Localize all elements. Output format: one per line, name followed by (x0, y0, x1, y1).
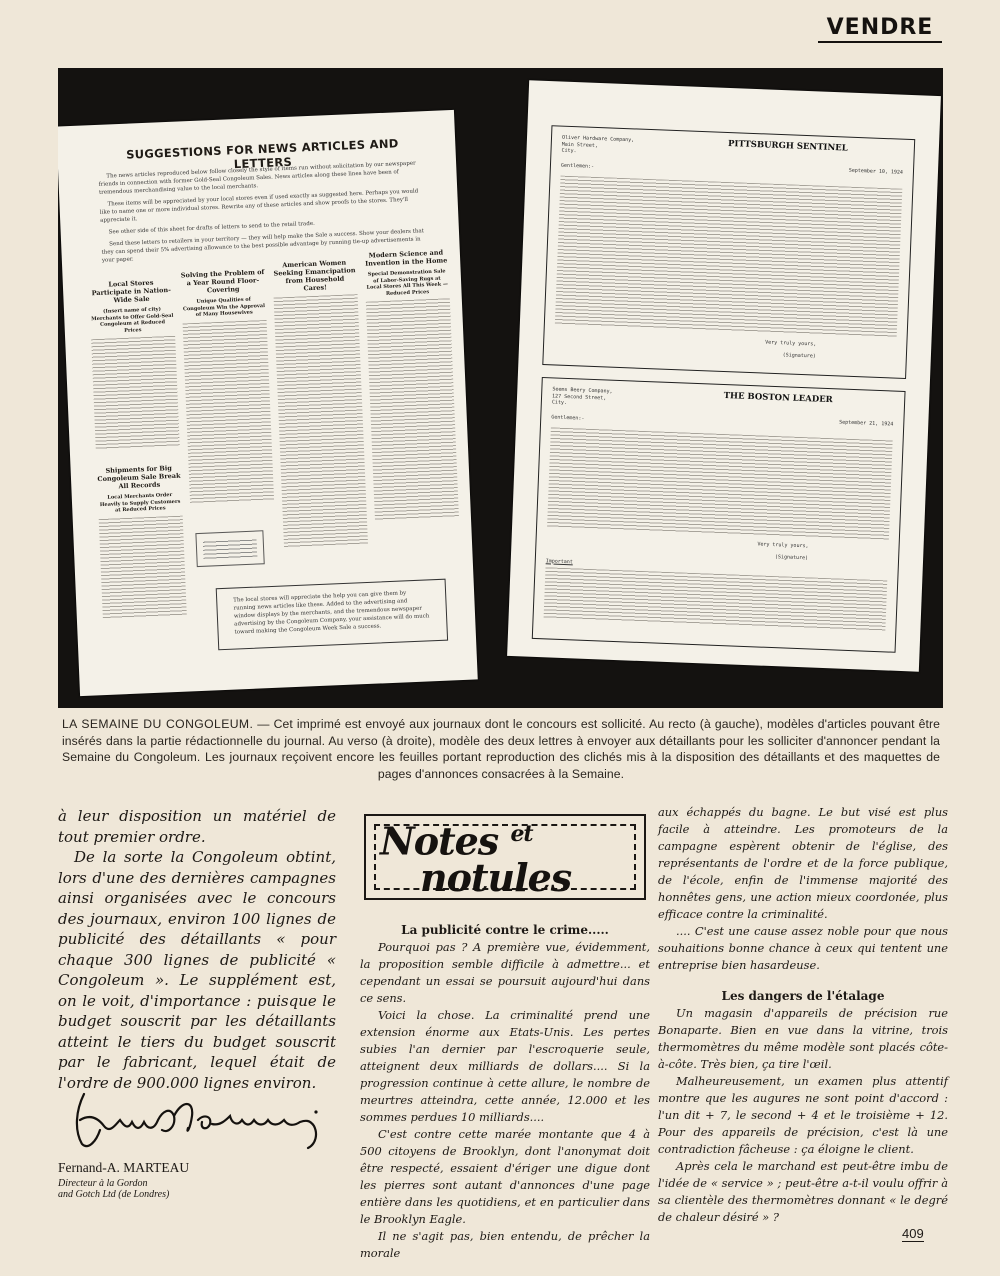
paragraph: aux échappés du bagne. Le but visé est p… (658, 804, 948, 923)
paragraph: .... C'est une cause assez noble pour qu… (658, 923, 948, 974)
article-headline: Solving the Problem of a Year Round Floo… (180, 268, 265, 295)
paragraph: à leur disposition un matériel de tout p… (58, 806, 336, 847)
running-head: VENDRE (818, 16, 942, 43)
article-body (99, 515, 187, 618)
note-box (195, 530, 264, 567)
article-column: Modern Science and Invention in the Home… (364, 248, 459, 521)
logo-word: notules (380, 860, 640, 896)
letter-pittsburgh-sentinel: Oliver Hardware Company, Main Street, Ci… (542, 125, 915, 379)
postscript-body (544, 567, 888, 632)
article-subhead: (Insert name of city) Merchants to Offer… (90, 306, 175, 335)
article-headline: Modern Science and Invention in the Home (364, 248, 449, 268)
article-subhead: Unique Qualities of Congoleum Win the Ap… (182, 296, 267, 319)
paragraph: Après cela le marchand est peut-être imb… (658, 1158, 948, 1226)
letter-address: Seems Beery Company, 127 Second Street, … (552, 386, 663, 410)
article-body (183, 319, 274, 502)
article-body (91, 336, 180, 449)
left-sheet-articles: Local Stores Participate in Nation-Wide … (88, 260, 460, 575)
section-heading: La publicité contre le crime..... (360, 922, 650, 939)
section-heading: Les dangers de l'étalage (658, 988, 948, 1005)
caption-lead: LA SEMAINE DU CONGOLEUM. (62, 717, 253, 731)
photo-caption: LA SEMAINE DU CONGOLEUM. — Cet imprimé e… (62, 716, 940, 782)
article-column: Solving the Problem of a Year Round Floo… (180, 268, 274, 503)
photograph-congoleum-sheets: SUGGESTIONS FOR NEWS ARTICLES AND LETTER… (58, 68, 943, 708)
closing-box: The local stores will appreciate the hel… (216, 579, 448, 651)
paragraph: Pourquoi pas ? A première vue, évidemmen… (360, 939, 650, 1007)
paragraph: Voici la chose. La criminalité prend une… (360, 1007, 650, 1126)
logo-word: et (510, 821, 532, 847)
middle-column-article: La publicité contre le crime..... Pourqu… (360, 922, 650, 1262)
letter-body (555, 175, 903, 338)
paragraph: C'est contre cette marée montante que 4 … (360, 1126, 650, 1228)
notes-et-notules-logo: Notes et notules (364, 814, 646, 900)
author-name: Fernand-A. MARTEAU (58, 1160, 189, 1176)
paragraph: De la sorte la Congoleum obtint, lors d'… (58, 847, 336, 1093)
article-headline: Local Stores Participate in Nation-Wide … (89, 278, 174, 305)
paragraph: Un magasin d'appareils de précision rue … (658, 1005, 948, 1073)
left-sheet-news-suggestions: SUGGESTIONS FOR NEWS ARTICLES AND LETTER… (58, 110, 478, 696)
right-column-article: aux échappés du bagne. Le but visé est p… (658, 804, 948, 1226)
author-signature (70, 1090, 340, 1152)
article-column: Local Stores Participate in Nation-Wide … (89, 278, 187, 619)
article-headline: American Women Seeking Emancipation from… (272, 258, 357, 293)
article-column: American Women Seeking Emancipation from… (272, 258, 368, 547)
paragraph: Il ne s'agit pas, bien entendu, de prêch… (360, 1228, 650, 1262)
author-title: Directeur à la Gordon and Gotch Ltd (de … (58, 1178, 258, 1200)
article-body (274, 294, 368, 547)
letter-body (547, 427, 893, 540)
paragraph: Malheureusement, un examen plus attentif… (658, 1073, 948, 1158)
left-column-article: à leur disposition un matériel de tout p… (58, 806, 336, 1093)
article-body (366, 298, 459, 521)
letter-boston-leader: Seems Beery Company, 127 Second Street, … (532, 377, 906, 653)
right-sheet-letters: Oliver Hardware Company, Main Street, Ci… (507, 80, 941, 671)
article-subhead: Local Merchants Order Heavily to Supply … (98, 492, 183, 515)
page-number: 409 (902, 1226, 924, 1242)
article-subhead: Special Demonstration Sale of Labor-Savi… (365, 268, 450, 297)
letter-address: Oliver Hardware Company, Main Street, Ci… (561, 135, 672, 159)
article-headline: Shipments for Big Congoleum Sale Break A… (97, 464, 182, 491)
